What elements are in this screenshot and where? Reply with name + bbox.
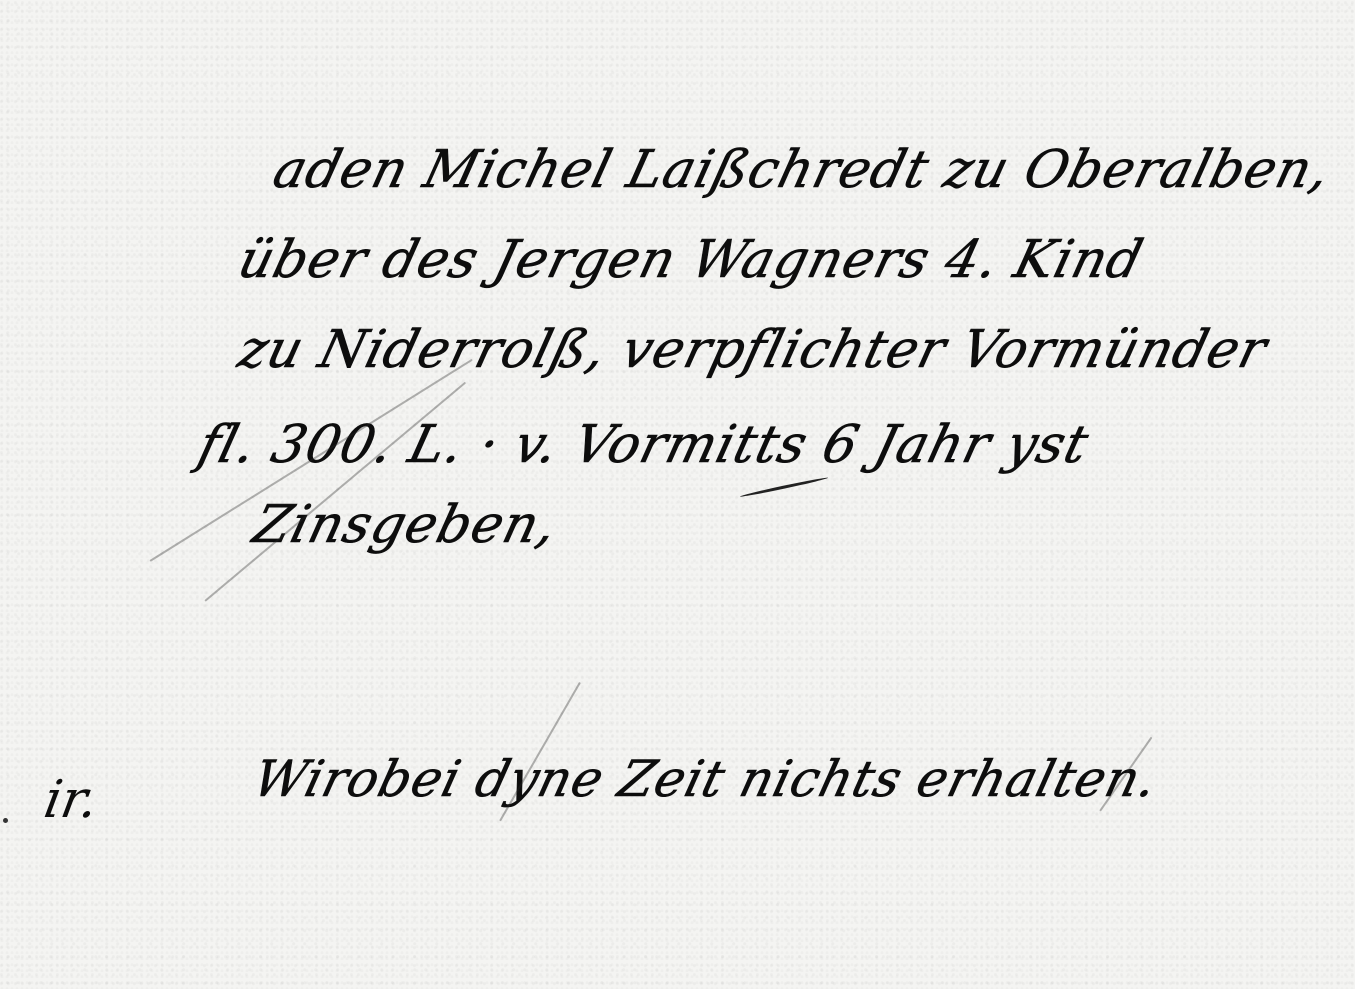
entry-number: ir. [40, 770, 103, 830]
manuscript-page: aden Michel Laißchredt zu Oberalben, übe… [0, 0, 1355, 989]
text-line-1: aden Michel Laißchredt zu Oberalben, [268, 140, 1337, 200]
text-line-3: zu Niderrolß, verpflichter Vormünder [233, 320, 1274, 380]
flourish-stroke [740, 476, 829, 498]
text-line-2: über des Jergen Wagners 4. Kind [233, 230, 1150, 290]
margin-dot [3, 818, 8, 823]
text-line-4: fl. 300. L. · v. Vormitts 6 Jahr yst [193, 415, 1095, 475]
entry-text: Wirobei dyne Zeit nichts erhalten. [248, 750, 1164, 808]
